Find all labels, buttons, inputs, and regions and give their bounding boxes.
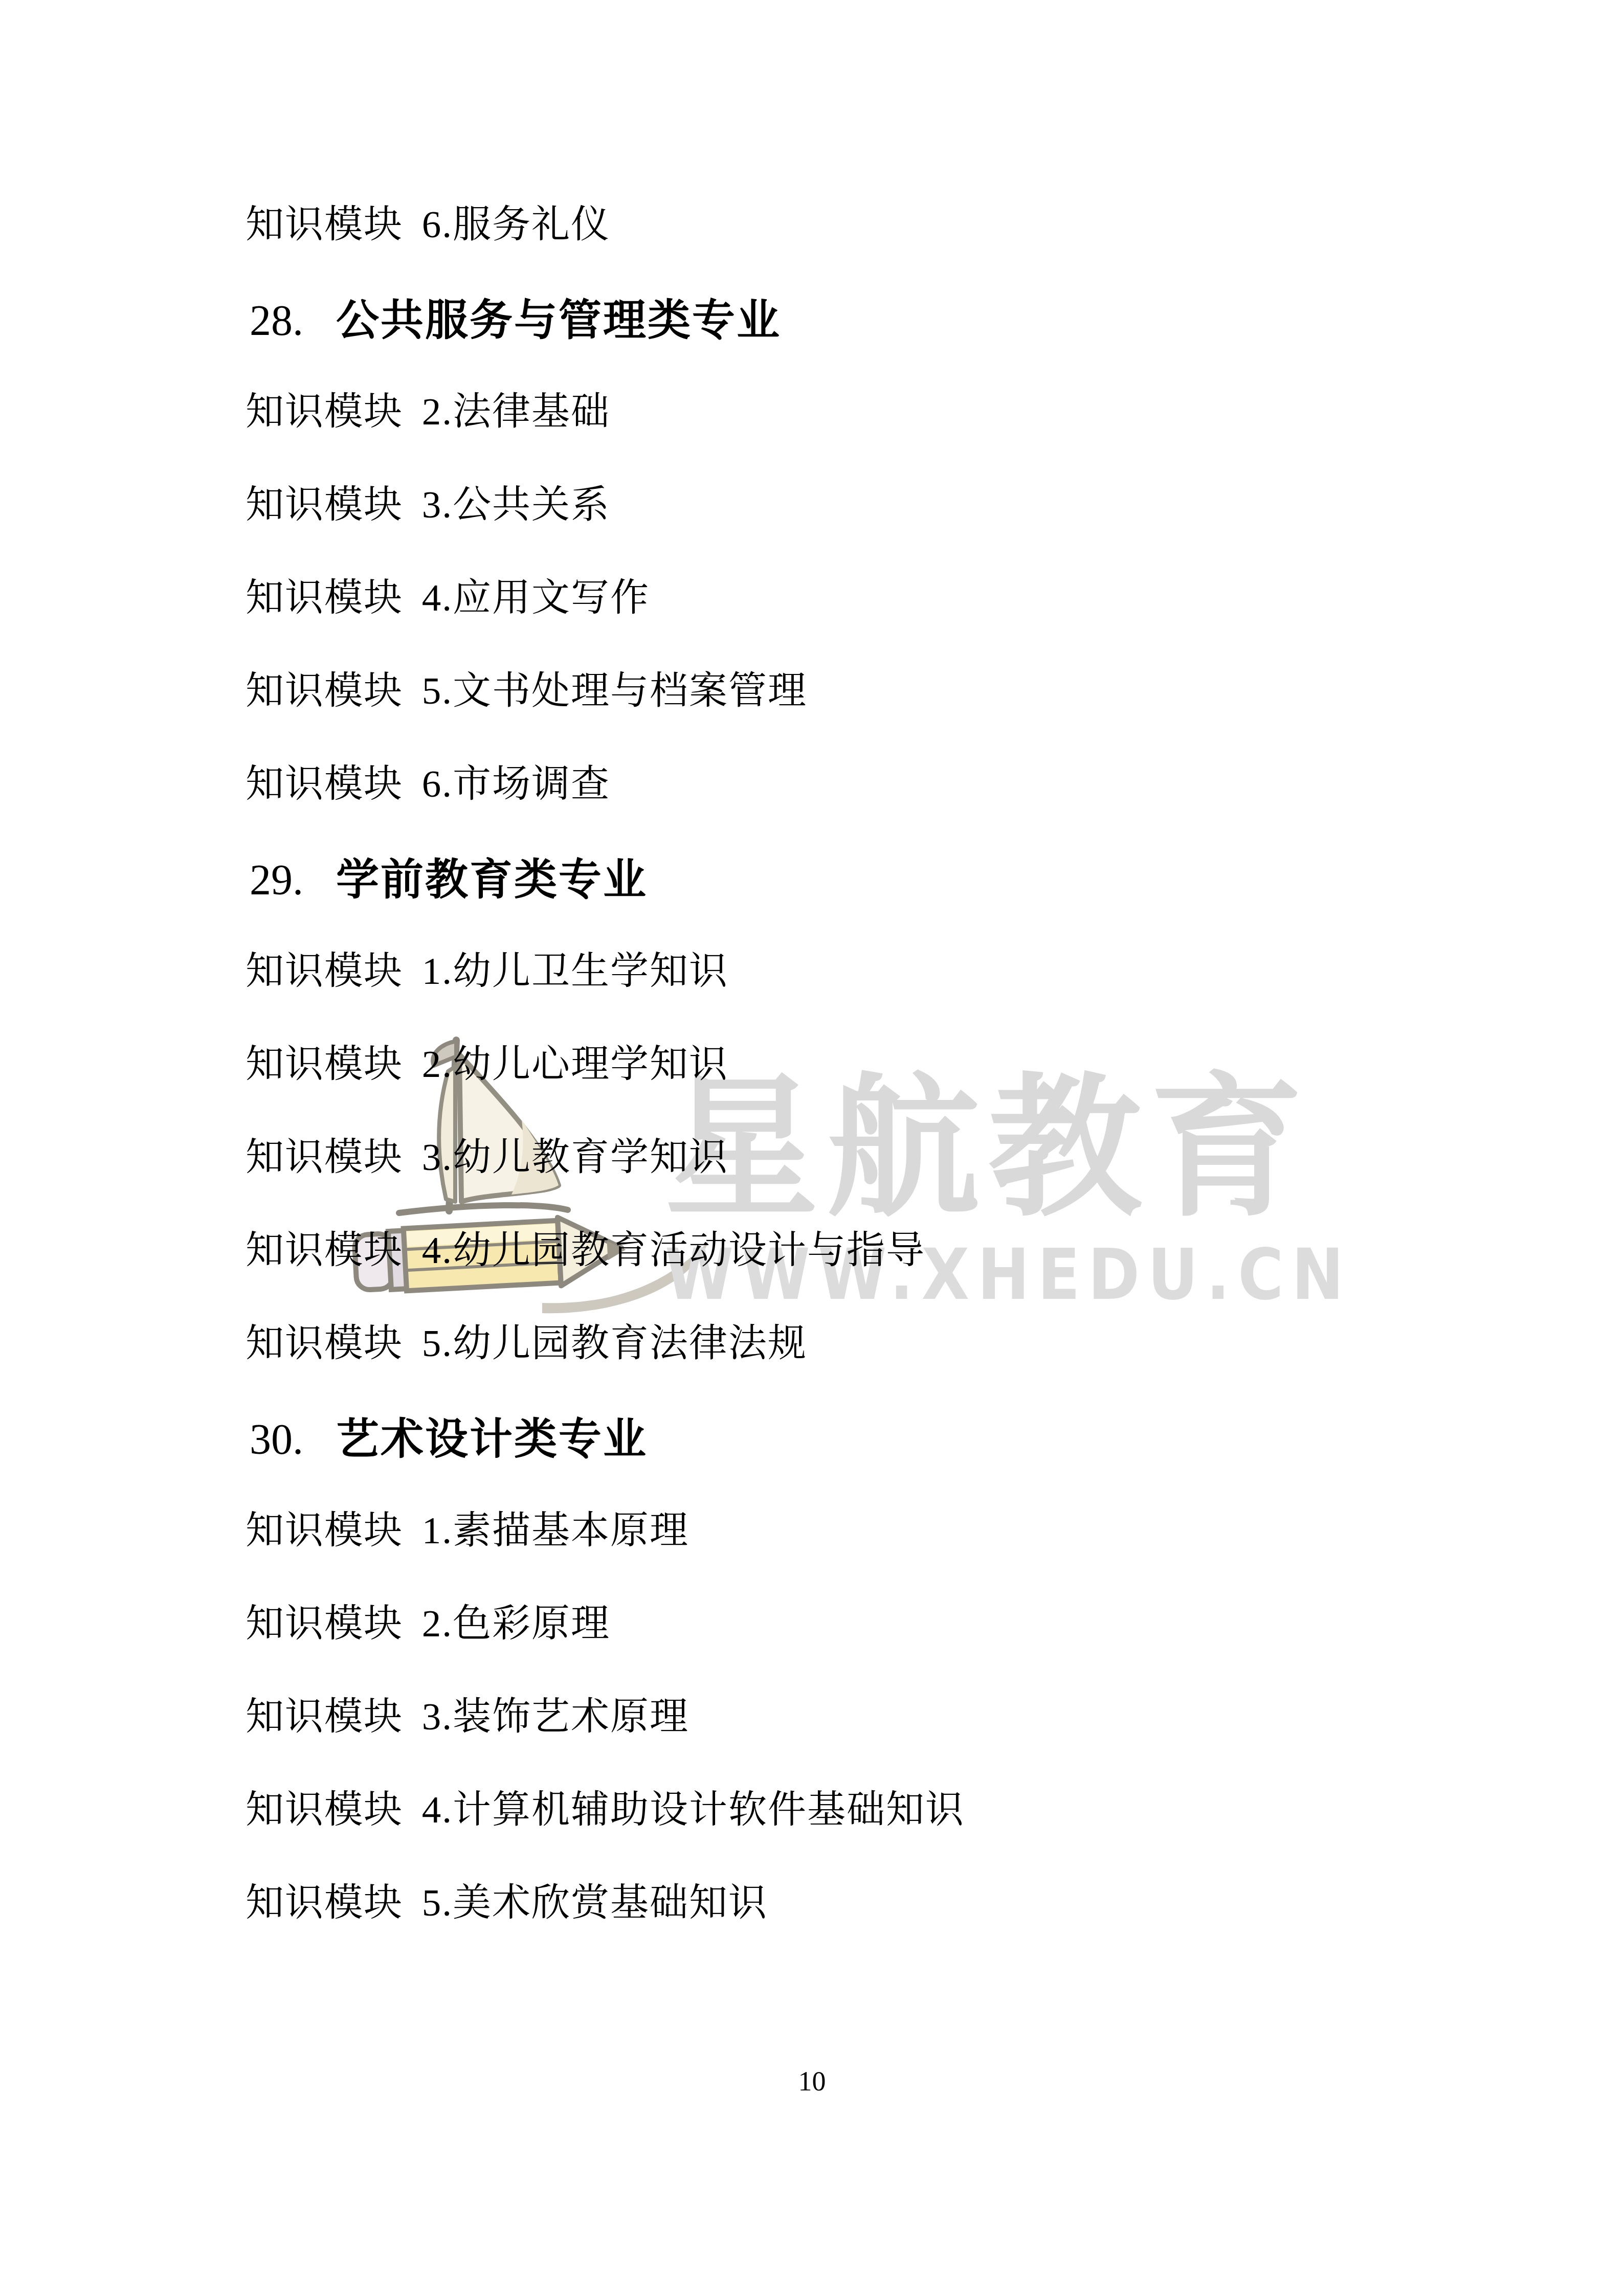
- module-line: 知识模块 6.市场调查: [246, 765, 965, 804]
- page-number: 10: [0, 2066, 1624, 2097]
- section-number: 30.: [250, 1416, 303, 1464]
- module-line: 知识模块 2.法律基础: [246, 393, 965, 432]
- module-line: 知识模块 4.幼儿园教育活动设计与指导: [246, 1231, 965, 1270]
- module-line: 知识模块 6.服务礼仪: [246, 206, 965, 244]
- module-line: 知识模块 3.幼儿教育学知识: [246, 1138, 965, 1177]
- section-number: 29.: [250, 857, 303, 904]
- module-line: 知识模块 4.计算机辅助设计软件基础知识: [246, 1791, 965, 1830]
- section-heading: 29.学前教育类专业: [246, 858, 965, 902]
- module-line: 知识模块 5.美术欣赏基础知识: [246, 1884, 965, 1923]
- section-heading: 28.公共服务与管理类专业: [246, 299, 965, 343]
- document-page: 星航教育 WWW.XHEDU.CN 知识模块 6.服务礼仪 28.公共服务与管理…: [0, 0, 1624, 2296]
- module-line: 知识模块 5.幼儿园教育法律法规: [246, 1324, 965, 1363]
- module-line: 知识模块 2.色彩原理: [246, 1605, 965, 1644]
- module-line: 知识模块 1.幼儿卫生学知识: [246, 952, 965, 991]
- module-line: 知识模块 4.应用文写作: [246, 579, 965, 618]
- document-body: 知识模块 6.服务礼仪 28.公共服务与管理类专业 知识模块 2.法律基础 知识…: [246, 206, 965, 1977]
- section-title: 公共服务与管理类专业: [336, 295, 781, 345]
- section-title: 学前教育类专业: [336, 854, 648, 905]
- module-line: 知识模块 2.幼儿心理学知识: [246, 1045, 965, 1084]
- section-title: 艺术设计类专业: [336, 1414, 648, 1464]
- section-number: 28.: [250, 297, 303, 345]
- section-heading: 30.艺术设计类专业: [246, 1417, 965, 1461]
- module-line: 知识模块 3.装饰艺术原理: [246, 1698, 965, 1737]
- module-line: 知识模块 3.公共关系: [246, 486, 965, 525]
- module-line: 知识模块 1.素描基本原理: [246, 1512, 965, 1550]
- module-line: 知识模块 5.文书处理与档案管理: [246, 672, 965, 711]
